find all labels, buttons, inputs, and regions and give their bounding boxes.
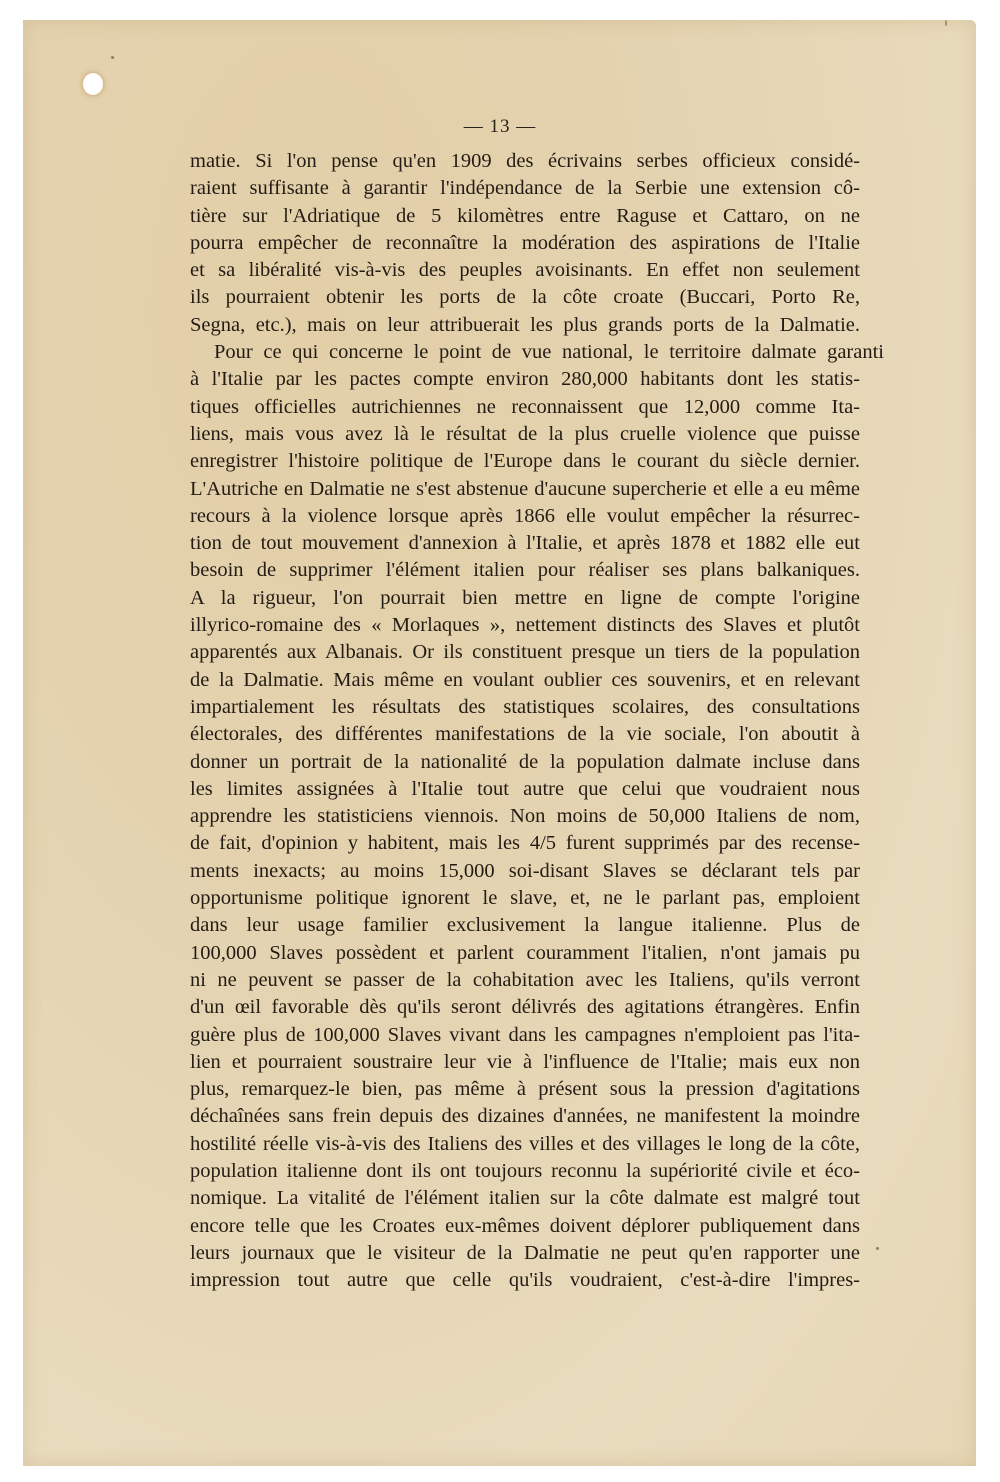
- paper-speck: [111, 56, 114, 59]
- text-line: impartialement les résultats des statist…: [190, 694, 860, 721]
- text-line: dans leur usage familier exclusivement l…: [190, 912, 860, 939]
- text-line: A la rigueur, l'on pourrait bien mettre …: [190, 585, 860, 612]
- paper-speck: [876, 1247, 879, 1250]
- text-line: apprendre les statisticiens viennois. No…: [190, 803, 860, 830]
- text-line: liens, mais vous avez là le résultat de …: [190, 421, 860, 448]
- text-line: plus, remarquez-le bien, pas même à prés…: [190, 1076, 860, 1103]
- text-line: ni ne peuvent se passer de la cohabitati…: [190, 967, 860, 994]
- text-line: Segna, etc.), mais on leur attribuerait …: [190, 312, 860, 339]
- text-line: ments inexacts; au moins 15,000 soi-disa…: [190, 858, 860, 885]
- text-line: enregistrer l'histoire politique de l'Eu…: [190, 448, 860, 475]
- text-line: pourra empêcher de reconnaître la modéra…: [190, 230, 860, 257]
- text-line: guère plus de 100,000 Slaves vivant dans…: [190, 1022, 860, 1049]
- text-line: lien et pourraient soustraire leur vie à…: [190, 1049, 860, 1076]
- text-line: à l'Italie par les pactes compte environ…: [190, 366, 860, 393]
- text-line: les limites assignées à l'Italie tout au…: [190, 776, 860, 803]
- text-line: opportunisme politique ignorent le slave…: [190, 885, 860, 912]
- text-line: leurs journaux que le visiteur de la Dal…: [190, 1240, 860, 1267]
- text-line: 100,000 Slaves possèdent et parlent cour…: [190, 940, 860, 967]
- text-line: nomique. La vitalité de l'élément italie…: [190, 1185, 860, 1212]
- text-line: déchaînées sans frein depuis des dizaine…: [190, 1103, 860, 1130]
- text-line: impression tout autre que celle qu'ils v…: [190, 1267, 860, 1294]
- paper-speck: [945, 20, 947, 26]
- text-line: besoin de supprimer l'élément italien po…: [190, 557, 860, 584]
- text-line: illyrico-romaine des « Morlaques », nett…: [190, 612, 860, 639]
- text-line: de fait, d'opinion y habitent, mais les …: [190, 830, 860, 857]
- text-line: tière sur l'Adriatique de 5 kilomètres e…: [190, 203, 860, 230]
- text-line: hostilité réelle vis-à-vis des Italiens …: [190, 1131, 860, 1158]
- text-line: donner un portrait de la nationalité de …: [190, 749, 860, 776]
- text-line: électorales, des différentes manifestati…: [190, 721, 860, 748]
- text-line: de la Dalmatie. Mais même en voulant oub…: [190, 667, 860, 694]
- text-line: tiques officielles autrichiennes ne reco…: [190, 394, 860, 421]
- page-number: — 13 —: [0, 116, 1000, 138]
- text-line: ils pourraient obtenir les ports de la c…: [190, 284, 860, 311]
- text-line: et sa libéralité vis-à-vis des peuples a…: [190, 257, 860, 284]
- text-line: recours à la violence lorsque après 1866…: [190, 503, 860, 530]
- text-line: encore telle que les Croates eux-mêmes d…: [190, 1213, 860, 1240]
- text-line: raient suffisante à garantir l'indépenda…: [190, 175, 860, 202]
- body-text: matie. Si l'on pense qu'en 1909 des écri…: [190, 148, 860, 1294]
- text-line: d'un œil favorable dès qu'ils seront dél…: [190, 994, 860, 1021]
- text-line: L'Autriche en Dalmatie ne s'est abstenue…: [190, 476, 860, 503]
- text-line: matie. Si l'on pense qu'en 1909 des écri…: [190, 148, 860, 175]
- text-line: population italienne dont ils ont toujou…: [190, 1158, 860, 1185]
- punch-hole: [83, 73, 103, 95]
- text-line-paragraph-start: Pour ce qui concerne le point de vue nat…: [190, 339, 884, 366]
- text-line: apparentés aux Albanais. Or ils constitu…: [190, 639, 860, 666]
- text-line: tion de tout mouvement d'annexion à l'It…: [190, 530, 860, 557]
